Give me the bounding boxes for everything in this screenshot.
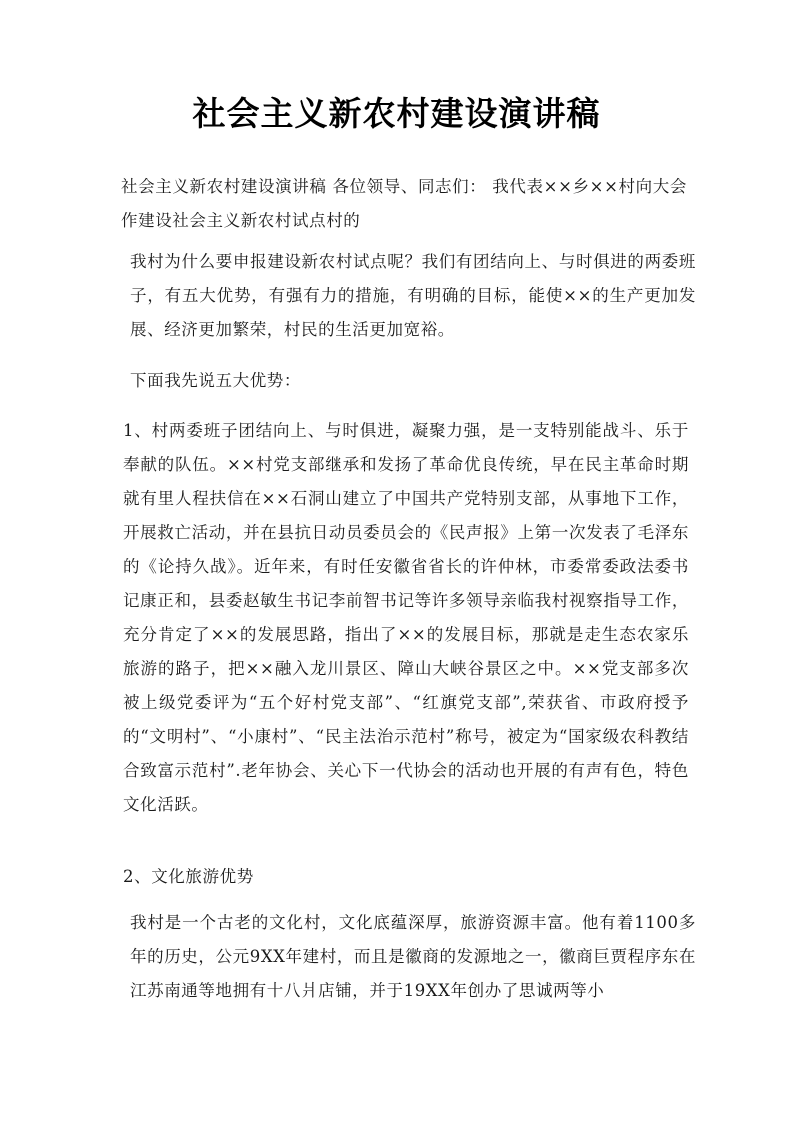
paragraph-why-apply: 我村为什么要申报建设新农村试点呢？我们有团结向上、与时俱进的两委班子，有五大优势… [121, 245, 696, 347]
paragraph-intro: 社会主义新农村建设演讲稿 各位领导、同志们： 我代表××乡××村向大会作建设社会… [121, 170, 687, 238]
paragraph-five-advantages-intro: 下面我先说五大优势： [121, 364, 696, 398]
paragraph-advantage-2-heading: 2、文化旅游优势 [121, 860, 689, 894]
document-page: 社会主义新农村建设演讲稿 社会主义新农村建设演讲稿 各位领导、同志们： 我代表×… [0, 0, 793, 1122]
paragraph-advantage-1: 1、村两委班子团结向上、与时俱进，凝聚力强，是一支特别能战斗、乐于奉献的队伍。×… [121, 414, 689, 822]
paragraph-cultural-tourism: 我村是一个古老的文化村，文化底蕴深厚，旅游资源丰富。他有着1100多年的历史，公… [121, 906, 696, 1008]
document-title: 社会主义新农村建设演讲稿 [0, 92, 793, 136]
